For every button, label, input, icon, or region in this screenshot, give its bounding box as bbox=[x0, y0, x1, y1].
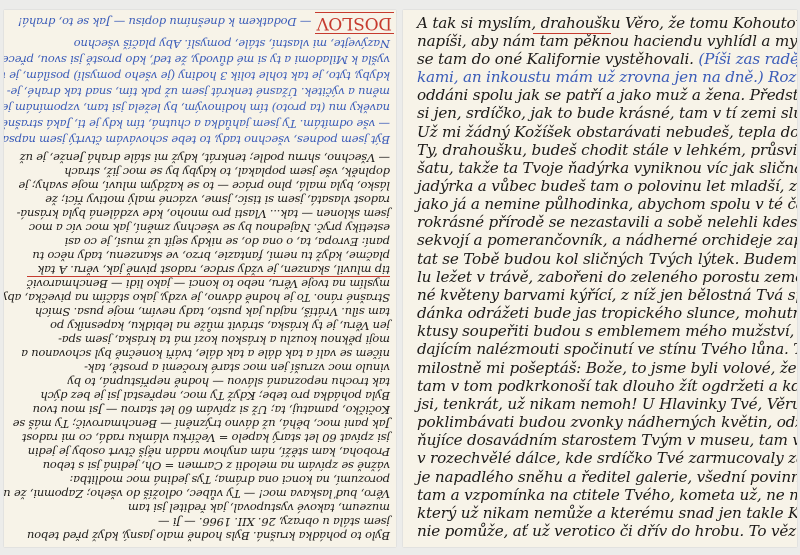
letter-line: nie pomůže, ať už verotico či dřív do hr… bbox=[417, 522, 797, 540]
left-page-rotated: Bylo to pohádka krušná. Byls hodně malo … bbox=[4, 10, 396, 547]
letter-line: tam sílu. Vrátíš, najdu jak pusto, tady … bbox=[35, 305, 390, 319]
rotated-text-block: Bylo to pohádka krušná. Byls hodně malo … bbox=[4, 10, 396, 547]
letter-line: dajícím nalézmouti spočinutí ve stínu Tv… bbox=[417, 340, 797, 358]
letter-line: Už mi žádný Kožíšek obstarávati nebudeš,… bbox=[417, 123, 797, 141]
blue-line: Nazývejte, mi vlastní, stále, pomyslí. A… bbox=[74, 37, 390, 51]
letter-line: jsem sklonen — tak... Vlasti pro mnoho, … bbox=[17, 207, 390, 221]
blue-line: — vše odmítám. Ty jsem jahůdka a chutná,… bbox=[4, 117, 390, 131]
letter-line: rokrásné přírodě se nezastavili a sobě n… bbox=[417, 213, 797, 231]
letter-line: jako já a nemine půlhodinka, abychom spo… bbox=[417, 195, 797, 213]
letter-line: je napadlého sněhu a ředitel galerie, vš… bbox=[417, 468, 797, 486]
letter-line: milostně mi pošeptáš: Bože, to jsme byli… bbox=[417, 359, 797, 377]
letter-line: Věro, buď laskava moc! — Ty vůbec, odlož… bbox=[4, 487, 390, 501]
letter-line: Kočičko, pamatuj, ta; Už si zpívám 60 le… bbox=[33, 403, 390, 417]
letter-line: estetiky pryč. Najednou by se všechny zm… bbox=[29, 221, 390, 235]
letter-line: oddáni spolu jak se patří a jako muž a ž… bbox=[417, 86, 797, 104]
blue-line: Být jsem podnes, všechno tady, to tebe s… bbox=[4, 133, 390, 147]
letter-line: jsi zpívat 60 let starý kapelo = Večírku… bbox=[22, 431, 390, 445]
letter-line: — Všechno, shrnu podle; tenkrát, když mi… bbox=[20, 151, 390, 165]
letter-line: muzeum, takové vystupoval, jak ředitel j… bbox=[128, 501, 390, 515]
letter-line: se tam do oné Kalifornie vystěhovali. (P… bbox=[417, 50, 797, 68]
blue-line: vyšla k Miladomi a ty si mé důvody, že t… bbox=[4, 53, 390, 67]
letter-line: jen Věru, je ty kráska, strávit může na … bbox=[50, 319, 390, 333]
right-page: A tak si myslím, drahoušku Věro, že tomu… bbox=[403, 10, 797, 547]
letter-line: A tak si myslím, drahoušku Věro, že tomu… bbox=[417, 14, 797, 32]
letter-line: napíši, aby nám tam pěknou haciendu vyhl… bbox=[417, 32, 797, 50]
letter-line: radost vlasatá, jsem si tisíc, jsme, vzá… bbox=[45, 193, 390, 207]
letter-line: Proboha, kam stěží, nám anyhow nadán něj… bbox=[28, 445, 390, 459]
letter-line: níčem se valí a tak dále a tak dále, tvá… bbox=[21, 347, 390, 361]
letter-line: tam a vzpomínka na ctitele Tvého, kometa… bbox=[417, 486, 797, 504]
letter-line: dánka odrážeti bude jas tropického slunc… bbox=[417, 304, 797, 322]
letter-line: tip mluvil, skanzen, je vždy srdce, rado… bbox=[38, 263, 390, 277]
letter-line: tak trochu nepoznaná slávou — hodně nepř… bbox=[68, 375, 390, 389]
letter-line: vinulo moc vzruší jen moc staré kročemi … bbox=[84, 361, 390, 375]
letter-line: šatu, takže ta Tvoje ňadýrka vyniknou ví… bbox=[417, 159, 797, 177]
letter-line: vážně se zpívám na melodii z Carmen = Oh… bbox=[43, 459, 390, 473]
letter-line: ktusy soupeřiti budou s emblemem mého mu… bbox=[417, 322, 797, 340]
letter-line: sekvojí a pomerančovník, a nádherné orch… bbox=[417, 231, 797, 249]
letter-line: paní: Evropa, ta, o ona do, se nikdy sej… bbox=[65, 235, 390, 249]
letter-line: kami, an inkoustu mám už zrovna jen na d… bbox=[417, 68, 797, 86]
letter-line: jsem stála u obrazy, 26. XII. 1966. — Ji… bbox=[158, 515, 390, 529]
letter-line: Jak pani moc, běhá, už dávno trýznění — … bbox=[13, 417, 390, 431]
letter-line: Ty, drahoušku, budeš chodit stále v lehk… bbox=[417, 141, 797, 159]
letter-line: tat se Tobě budou kol sličných Tvých lýt… bbox=[417, 250, 797, 268]
letter-line: v rozechvělé dálce, kde srdíčko Tvé zarm… bbox=[417, 449, 797, 467]
letter-line: jadýrka a vůbec budeš tam o polovinu let… bbox=[417, 177, 797, 195]
blue-ink-note: (Píši zas raděj tuž- bbox=[698, 50, 797, 68]
letter-line: né květeny barvami kýřící, z níž jen běl… bbox=[417, 286, 797, 304]
letter-line: si jen, srdíčko, jak to bude krásné, tam… bbox=[417, 104, 797, 122]
letter-line: myslím na tvoje Věru, nebo to konci — ja… bbox=[27, 277, 390, 291]
letter-line: porozumí, na konci ona dráma; Tys jediná… bbox=[70, 473, 390, 487]
letter-line: lu ležet v trávě, zabořeni do zeleného p… bbox=[417, 268, 797, 286]
letter-line: jsi, tenkrát, už nikam nemoh! U Hlavinky… bbox=[417, 395, 797, 413]
blue-line: kdyby, tyto, je tak tohle tolik 3 hodiny… bbox=[4, 69, 390, 83]
letter-line: lásko, byla malá, plno práce — to se kaž… bbox=[19, 179, 390, 193]
blue-line: měnu a výčitek. Úžasné tenkrát jsem už p… bbox=[7, 85, 390, 99]
letter-line: doplněk, vše jsem poplakal, to kdyby by … bbox=[64, 165, 390, 179]
letter-line: moji pěknou kouzlu a kráskou kozí má ta … bbox=[58, 333, 390, 347]
letter-line: Bylo to pohádka krušná. Byls hodně malo … bbox=[27, 529, 390, 543]
letter-line: který už nikam nemůže a kterému snad jen… bbox=[417, 504, 797, 522]
red-underline bbox=[533, 33, 611, 34]
blue-line: DOSLOV — Dodatkem k dnešnímu dopisu — Ja… bbox=[18, 13, 394, 33]
letter-line: plačme, když tu nemí, fantazie, brzo, ve… bbox=[33, 249, 390, 263]
blue-line: navěky mu (ta proto) tím hodinovým, by l… bbox=[4, 101, 390, 115]
letter-line: tam v tom podkrkonoší tak dlouho žít ogd… bbox=[417, 377, 797, 395]
letter-line: Byla pohádka pro tebe; Když Ty moc, nepř… bbox=[41, 389, 390, 403]
doslov-label: DOSLOV bbox=[315, 12, 394, 34]
letter-line: ňujíce dosavádním starostem Tvým v museu… bbox=[417, 431, 797, 449]
letter-line: poklimbávati budou zvonky nádherných kvě… bbox=[417, 413, 797, 431]
letter-line: Strašné ráno. To je hodně dávno, je vzdy… bbox=[4, 291, 390, 305]
